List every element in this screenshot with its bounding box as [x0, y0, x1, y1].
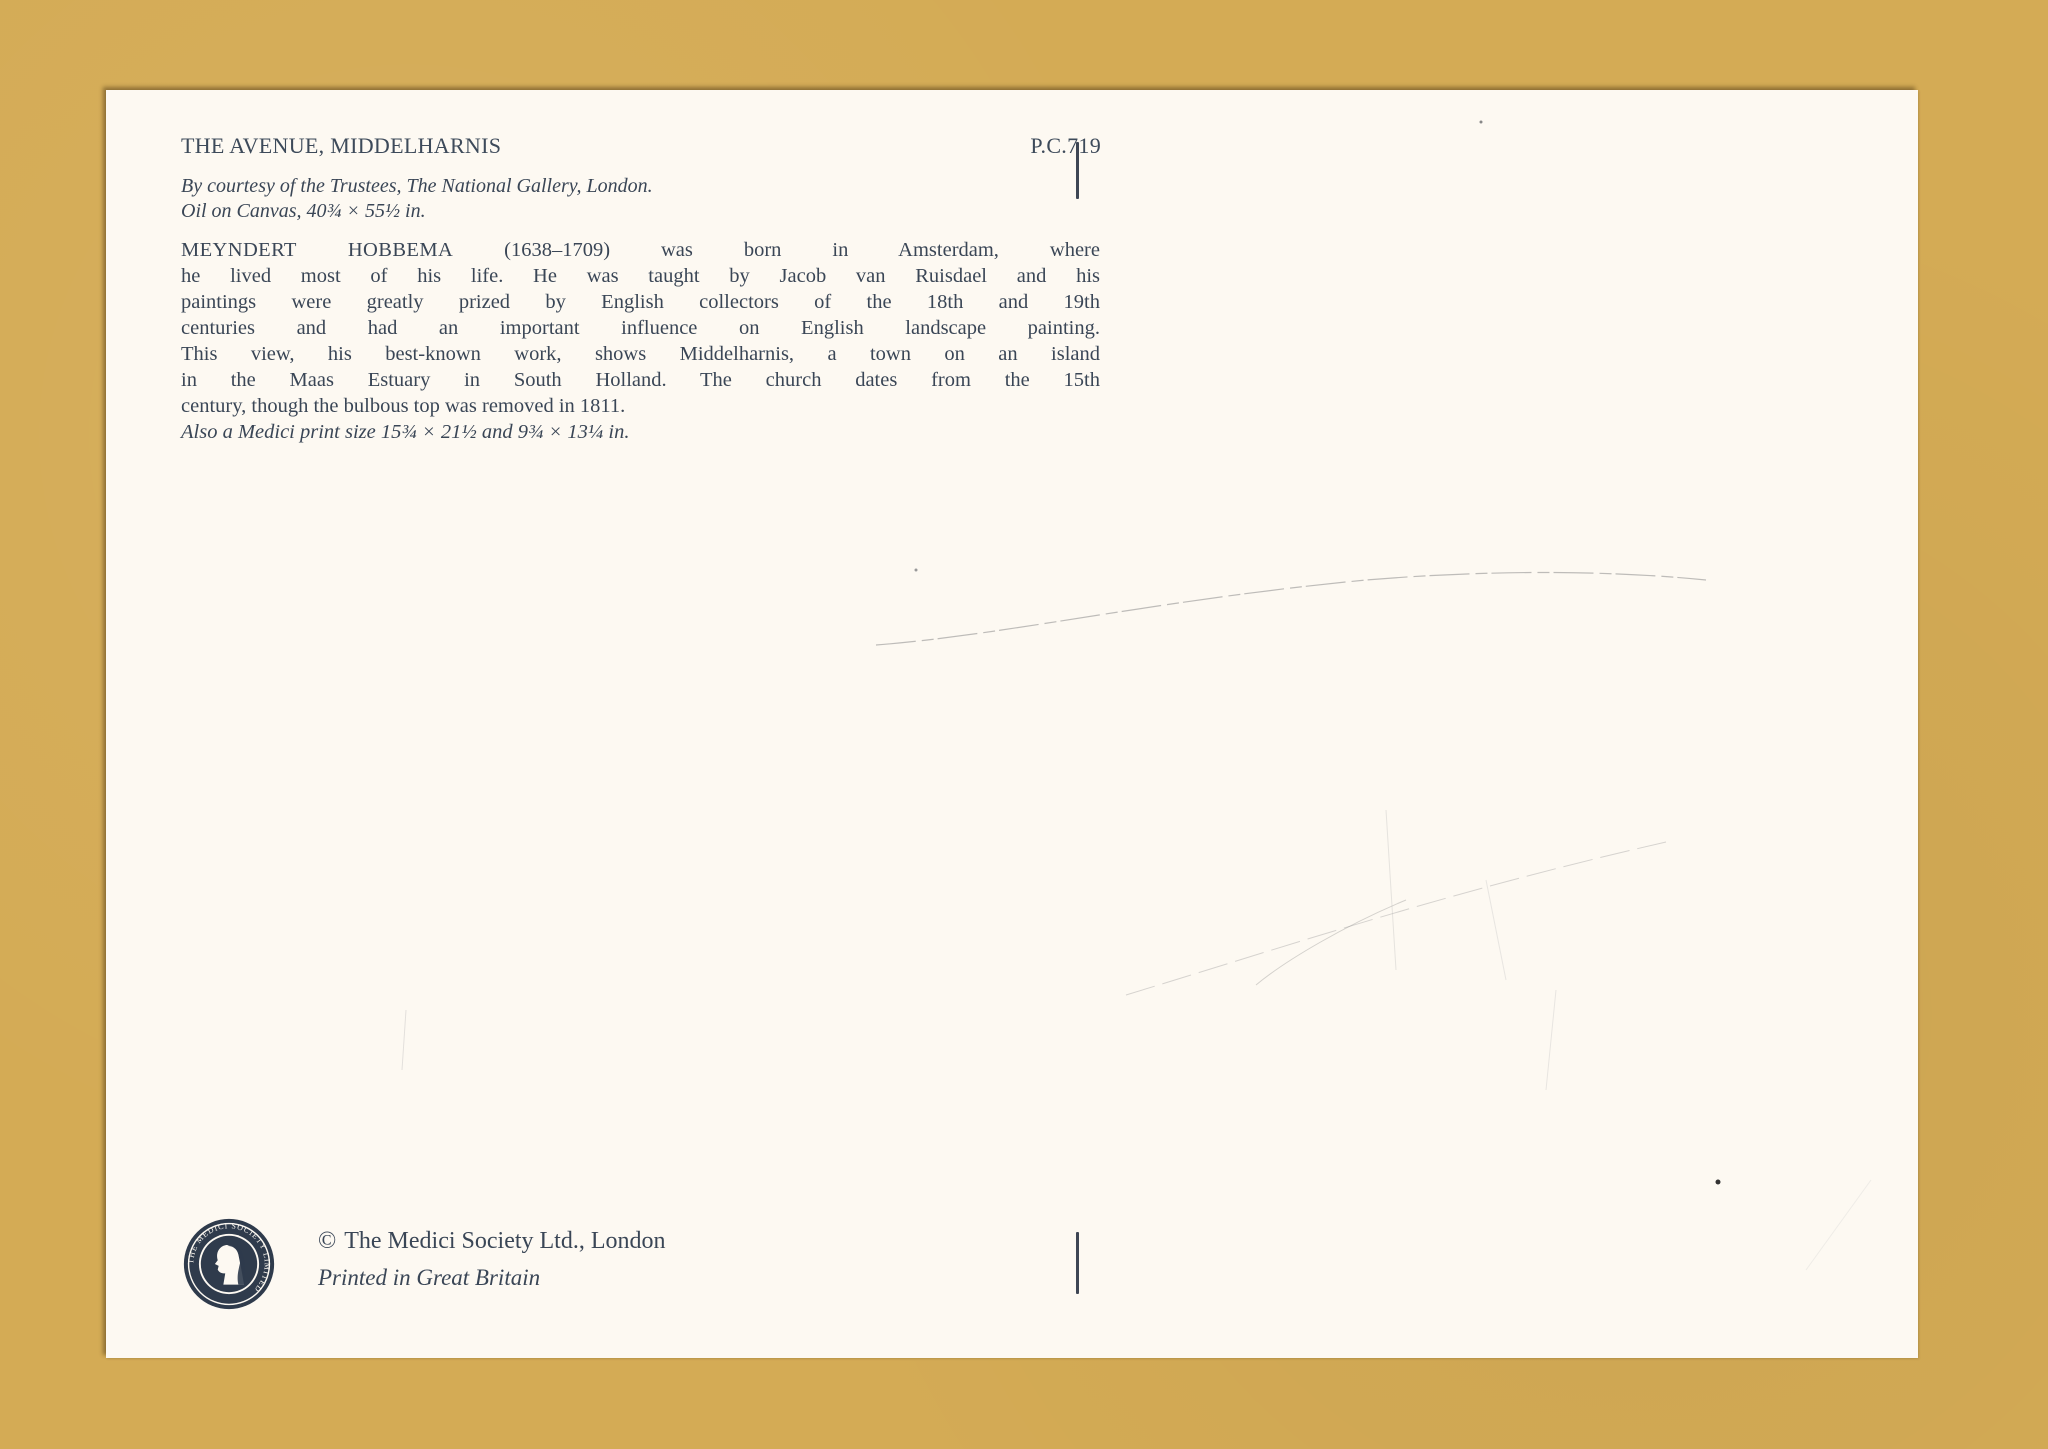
artist-biography: MEYNDERT HOBBEMA (1638–1709) was born in…	[181, 237, 1100, 445]
painting-title: THE AVENUE, MIDDELHARNIS	[181, 133, 501, 159]
publisher-name: The Medici Society Ltd., London	[344, 1228, 665, 1254]
publisher-line: ©The Medici Society Ltd., London	[318, 1228, 666, 1255]
bio-line: This view, his best-known work, shows Mi…	[181, 341, 1100, 367]
bio-line: centuries and had an important influence…	[181, 315, 1100, 341]
artist-name: MEYNDERT HOBBEMA	[181, 239, 453, 261]
courtesy-line: By courtesy of the Trustees, The Nationa…	[181, 174, 1101, 199]
address-divider-top	[1076, 142, 1079, 199]
medium-dimensions-line: Oil on Canvas, 40¾ × 55½ in.	[181, 199, 1101, 224]
print-size-note: Also a Medici print size 15¾ × 21½ and 9…	[181, 419, 1100, 445]
bio-line: in the Maas Estuary in South Holland. Th…	[181, 367, 1100, 393]
printed-in-line: Printed in Great Britain	[318, 1265, 540, 1291]
bio-line: century, though the bulbous top was remo…	[181, 393, 1100, 419]
postcard-back: THE AVENUE, MIDDELHARNIS P.C.719 By cour…	[106, 90, 1918, 1358]
address-divider-bottom	[1076, 1232, 1079, 1294]
copyright-icon: ©	[318, 1228, 336, 1254]
credits: By courtesy of the Trustees, The Nationa…	[181, 174, 1101, 224]
medici-society-seal-icon: THE MEDICI SOCIETY LIMITED	[182, 1217, 276, 1311]
bio-line: paintings were greatly prized by English…	[181, 289, 1100, 315]
title-row: THE AVENUE, MIDDELHARNIS P.C.719	[181, 133, 1101, 159]
postcard-code: P.C.719	[1030, 133, 1101, 159]
bio-line: he lived most of his life. He was taught…	[181, 263, 1100, 289]
bio-line: MEYNDERT HOBBEMA (1638–1709) was born in…	[181, 237, 1100, 263]
